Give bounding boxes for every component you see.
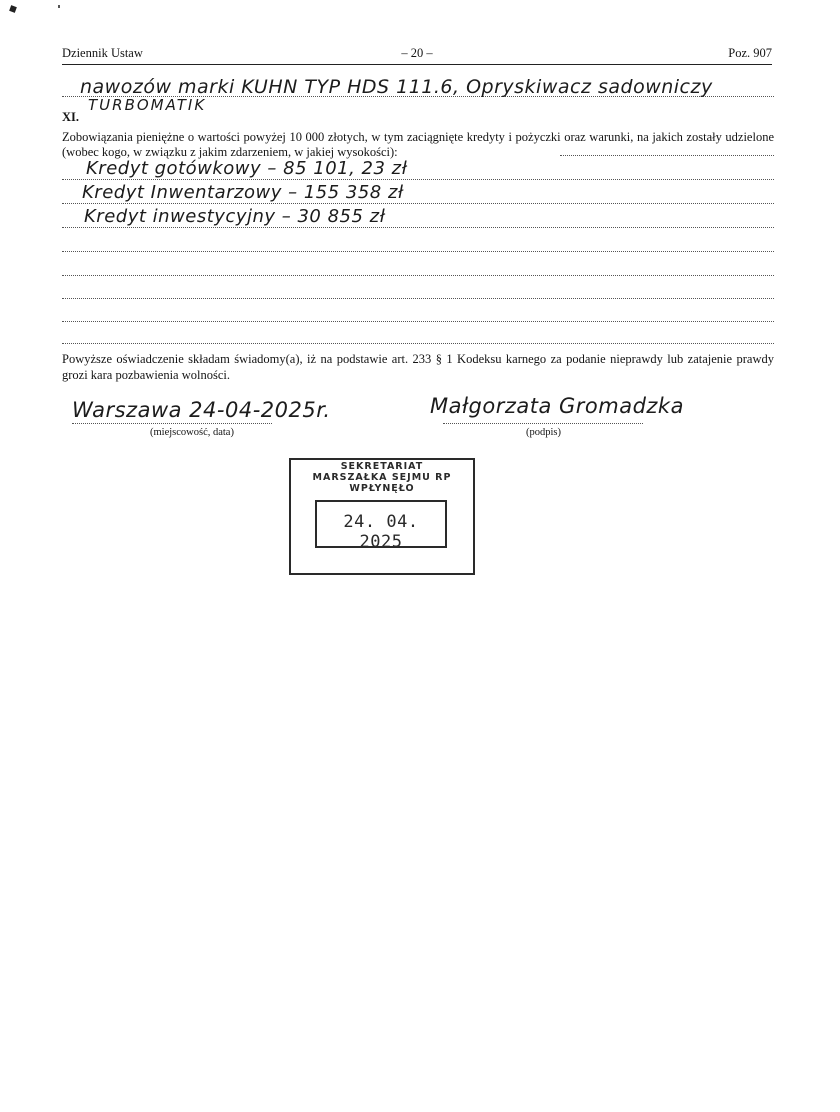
stamp-line-1: SEKRETARIAT	[291, 462, 473, 472]
place-date-caption: (miejscowość, data)	[150, 427, 234, 438]
stamp-date: 24. 04. 2025	[317, 512, 445, 552]
stamp-line-3: WPŁYNĘŁO	[291, 484, 473, 494]
dotted-line	[560, 155, 774, 156]
received-stamp: SEKRETARIAT MARSZAŁKA SEJMU RP WPŁYNĘŁO …	[289, 458, 475, 575]
section-number: XI.	[62, 110, 79, 125]
credit-entry: Kredyt gotówkowy – 85 101, 23 zł	[86, 158, 407, 179]
credit-entry: Kredyt Inwentarzowy – 155 358 zł	[82, 182, 404, 203]
credit-entry: Kredyt inwestycyjny – 30 855 zł	[84, 206, 385, 227]
handwritten-continuation-2: TURBOMATIK	[88, 96, 206, 114]
dotted-line	[62, 203, 774, 204]
dotted-line	[62, 227, 774, 228]
dotted-line	[62, 343, 774, 344]
header-rule	[62, 64, 772, 65]
dotted-line	[62, 251, 774, 252]
dotted-line	[72, 423, 272, 424]
page-number: – 20 –	[62, 46, 772, 61]
position-number: Poz. 907	[728, 46, 772, 61]
dotted-line	[62, 321, 774, 322]
stamp-date-box: 24. 04. 2025	[315, 500, 447, 548]
scan-mark	[58, 5, 60, 8]
signature: Małgorzata Gromadzka	[430, 394, 684, 418]
page-header: Dziennik Ustaw – 20 – Poz. 907	[62, 46, 772, 64]
dotted-line	[62, 275, 774, 276]
dotted-line	[62, 179, 774, 180]
signature-caption: (podpis)	[526, 427, 561, 438]
dotted-line	[443, 423, 643, 424]
handwritten-continuation: nawozów marki KUHN TYP HDS 111.6, Oprysk…	[80, 76, 713, 98]
declaration-text: Powyższe oświadczenie składam świadomy(a…	[62, 351, 774, 383]
dotted-line	[62, 298, 774, 299]
stamp-line-2: MARSZAŁKA SEJMU RP	[291, 473, 473, 483]
scan-mark	[9, 5, 17, 13]
place-date-handwritten: Warszawa 24-04-2025r.	[72, 398, 331, 422]
